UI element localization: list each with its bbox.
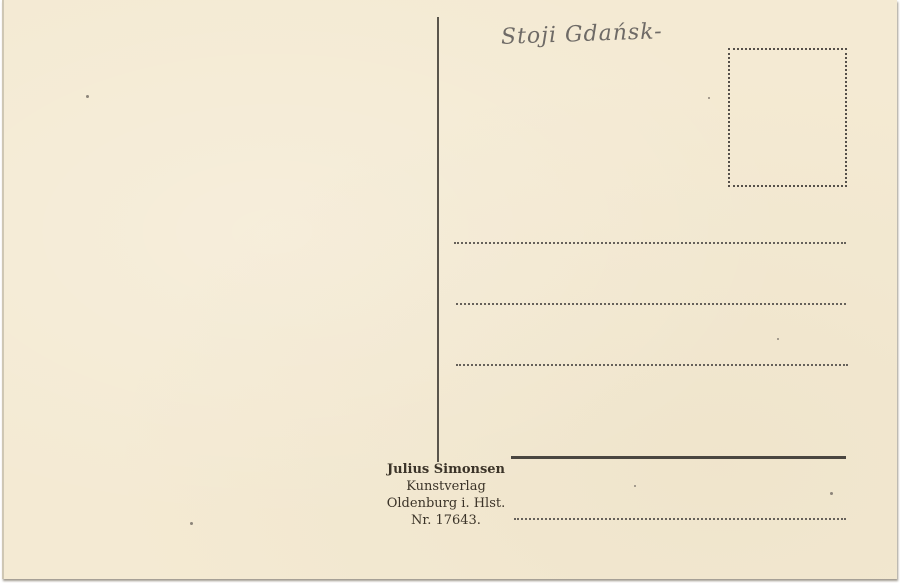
stamp-placeholder-box [728,48,847,187]
paper-speck [86,95,89,98]
address-line-4-solid [511,456,846,459]
address-line-2 [456,303,846,305]
address-line-3 [456,364,848,366]
paper-speck [777,338,779,340]
address-line-1 [454,242,846,244]
address-line-5 [514,518,846,520]
paper-speck [830,492,833,495]
paper-speck [634,485,636,487]
paper-speck [190,522,193,525]
paper-speck [708,97,710,99]
publisher-location: Oldenburg i. Hlst. [366,495,526,512]
publisher-imprint: Julius Simonsen Kunstverlag Oldenburg i.… [366,461,526,529]
center-divider-line [437,17,439,462]
publisher-type: Kunstverlag [366,478,526,495]
publisher-name: Julius Simonsen [366,461,526,478]
postcard-back: Stoji Gdańsk- Julius Simonsen Kunstverla… [2,0,897,579]
handwritten-note: Stoji Gdańsk- [501,19,663,50]
publisher-number: Nr. 17643. [366,512,526,529]
scan-background: Stoji Gdańsk- Julius Simonsen Kunstverla… [0,0,900,583]
